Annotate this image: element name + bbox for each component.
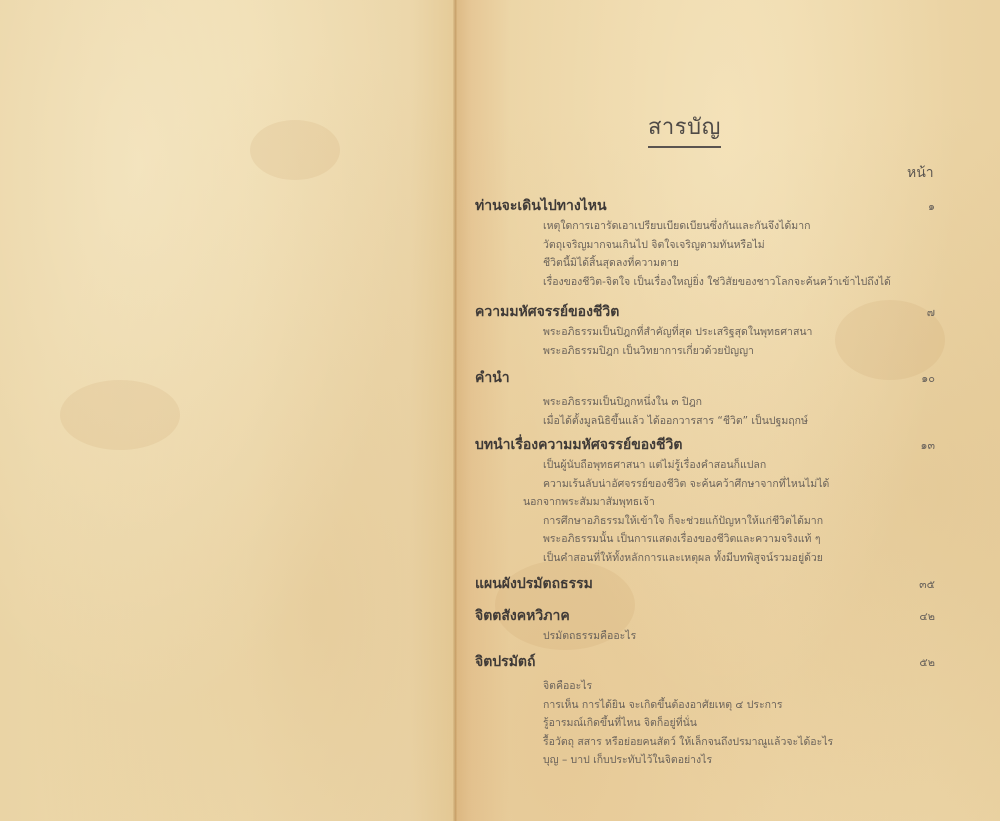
toc-subitem: รื้อวัตถุ สสาร หรือย่อยคนสัตว์ ให้เล็กจน…: [475, 733, 945, 752]
toc-subitem: พระอภิธรรมนั้น เป็นการแสดงเรื่องของชีวิต…: [475, 530, 945, 549]
toc-subitem: เมื่อได้ตั้งมูลนิธิขึ้นแล้ว ได้ออกวารสาร…: [475, 412, 945, 431]
section-page-number: ๗: [927, 303, 935, 321]
toc-subitem: การศึกษาอภิธรรมให้เข้าใจ ก็จะช่วยแก้ปัญห…: [475, 512, 945, 531]
section-page-number: ๔๒: [919, 607, 935, 625]
section-title: จิตตสังคหวิภาค: [475, 605, 570, 627]
section-title: ท่านจะเดินไปทางไหน: [475, 195, 607, 217]
section-page-number: ๑๐: [921, 369, 935, 387]
toc-subitem: บุญ – บาป เก็บประทับไว้ในจิตอย่างไร: [475, 751, 945, 770]
toc-subitem: พระอภิธรรมเป็นปิฎกหนึ่งใน ๓ ปิฎก: [475, 393, 945, 412]
toc-section: จิตปรมัตถ์ ๕๒ จิตคืออะไร การเห็น การได้ย…: [475, 651, 945, 770]
toc-section: แผนผังปรมัตถธรรม ๓๕: [475, 573, 945, 593]
toc-subitem: การเห็น การได้ยิน จะเกิดขึ้นต้องอาศัยเหต…: [475, 696, 945, 715]
toc-subitem: เหตุใดการเอารัดเอาเปรียบเบียดเบียนซึ่งกั…: [475, 217, 945, 236]
toc-subitem: เรื่องของชีวิต-จิตใจ เป็นเรื่องใหญ่ยิ่ง …: [475, 273, 945, 292]
toc-subitem: ชีวิตนี้มิได้สิ้นสุดลงที่ความตาย: [475, 254, 945, 273]
section-title: บทนำเรื่องความมหัศจรรย์ของชีวิต: [475, 434, 682, 456]
toc-subitem: จิตคืออะไร: [475, 677, 945, 696]
toc-subitem: พระอภิธรรมปิฎก เป็นวิทยาการเกี่ยวด้วยปัญ…: [475, 342, 945, 361]
toc-title: สารบัญ: [648, 109, 721, 148]
toc-subitem: ปรมัตถธรรมคืออะไร: [475, 627, 945, 646]
toc-subitem: รู้อารมณ์เกิดขึ้นที่ไหน จิตก็อยู่ที่นั่น: [475, 714, 945, 733]
section-page-number: ๕๒: [919, 653, 935, 671]
toc-subitem: นอกจากพระสัมมาสัมพุทธเจ้า: [475, 493, 945, 512]
section-title: ความมหัศจรรย์ของชีวิต: [475, 301, 619, 323]
toc-subitem: ความเร้นลับน่าอัศจรรย์ของชีวิต จะค้นคว้า…: [475, 475, 945, 494]
section-title: แผนผังปรมัตถธรรม: [475, 573, 593, 595]
page-column-label: หน้า: [907, 162, 934, 184]
section-page-number: ๑๓: [920, 436, 935, 454]
toc-subitem: วัตถุเจริญมากจนเกินไป จิตใจเจริญตามทันหร…: [475, 236, 945, 255]
toc-subitem: พระอภิธรรมเป็นปิฎกที่สำคัญที่สุด ประเสริ…: [475, 323, 945, 342]
toc-subitem: เป็นผู้นับถือพุทธศาสนา แต่ไม่รู้เรื่องคำ…: [475, 456, 945, 475]
toc-section: ท่านจะเดินไปทางไหน ๑ เหตุใดการเอารัดเอาเ…: [475, 195, 945, 291]
left-page-blank: [0, 0, 455, 821]
toc-section: คำนำ ๑๐ พระอภิธรรมเป็นปิฎกหนึ่งใน ๓ ปิฎก…: [475, 367, 945, 430]
section-page-number: ๑: [928, 197, 935, 215]
section-title: จิตปรมัตถ์: [475, 651, 536, 673]
toc-section: บทนำเรื่องความมหัศจรรย์ของชีวิต ๑๓ เป็นผ…: [475, 434, 945, 567]
toc-subitem: เป็นคำสอนที่ให้ทั้งหลักการและเหตุผล ทั้ง…: [475, 549, 945, 568]
section-title: คำนำ: [475, 367, 510, 389]
paper-stain: [60, 380, 180, 450]
section-page-number: ๓๕: [919, 575, 935, 593]
book-gutter: [453, 0, 457, 821]
paper-stain: [250, 120, 340, 180]
toc-section: ความมหัศจรรย์ของชีวิต ๗ พระอภิธรรมเป็นปิ…: [475, 301, 945, 360]
toc-section: จิตตสังคหวิภาค ๔๒ ปรมัตถธรรมคืออะไร: [475, 605, 945, 646]
